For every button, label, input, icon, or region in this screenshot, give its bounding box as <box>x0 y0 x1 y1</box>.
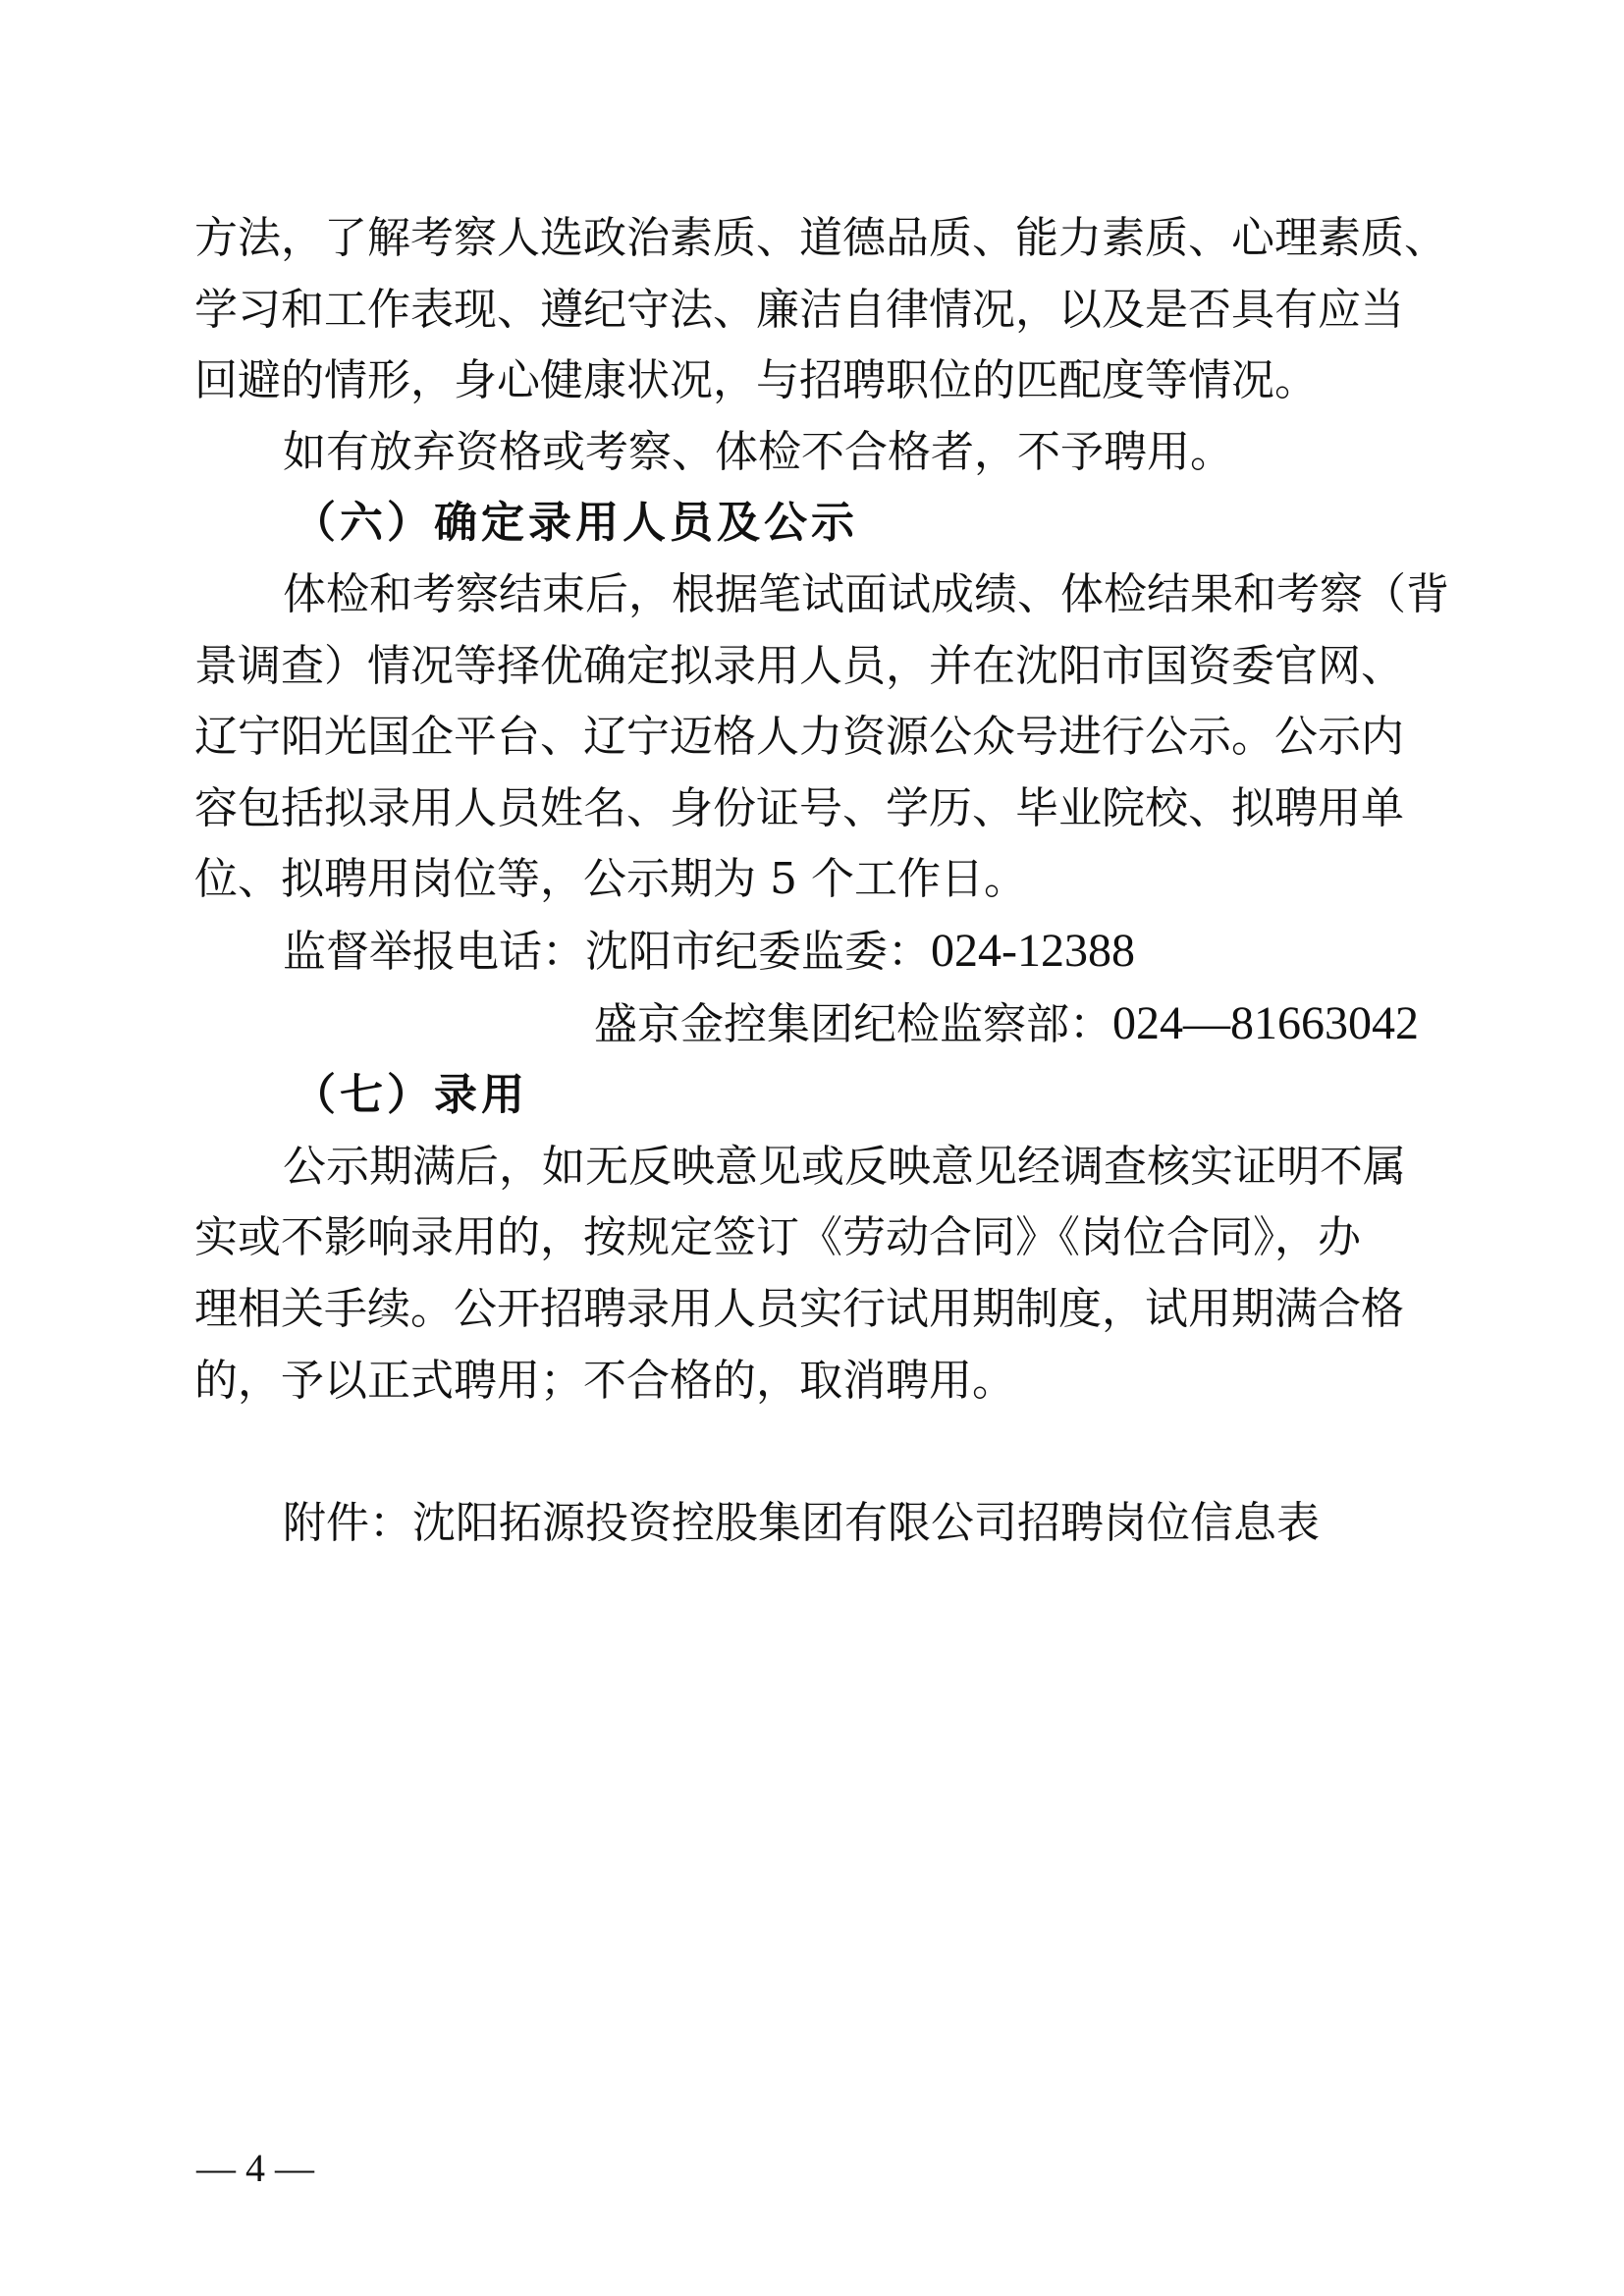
hotline-org: 盛京金控集团纪检监察部： <box>594 999 1112 1049</box>
hotline-org: 沈阳市纪委监委： <box>585 927 931 977</box>
hotline-block: 监督举报电话：沈阳市纪委监委：024-12388 盛京金控集团纪检监察部：024… <box>194 916 1437 1060</box>
hotline-label: 监督举报电话： <box>283 927 585 977</box>
body-line: 理相关手续。公开招聘录用人员实行试用期制度，试用期满合格 <box>194 1274 1437 1346</box>
body-line: 体检和考察结束后，根据笔试面试成绩、体检结果和考察（背 <box>194 560 1437 631</box>
section6-heading: （六）确定录用人员及公示 <box>194 488 1437 560</box>
body-line: 辽宁阳光国企平台、辽宁迈格人力资源公众号进行公示。公示内 <box>194 702 1437 774</box>
disqualification-note: 如有放弃资格或考察、体检不合格者，不予聘用。 <box>194 417 1437 489</box>
hotline-phone: 024—81663042 <box>1112 997 1419 1049</box>
section7-paragraph: 公示期满后，如无反映意见或反映意见经调查核实证明不属 实或不影响录用的，按规定签… <box>194 1132 1437 1416</box>
hotline-phone: 024-12388 <box>931 925 1135 977</box>
body-line: 如有放弃资格或考察、体检不合格者，不予聘用。 <box>194 417 1437 489</box>
section5-continuation: 方法，了解考察人选政治素质、道德品质、能力素质、心理素质、 学习和工作表现、遵纪… <box>194 203 1437 417</box>
body-line: 公示期满后，如无反映意见或反映意见经调查核实证明不属 <box>194 1132 1437 1203</box>
section7-heading: （七）录用 <box>194 1060 1437 1132</box>
attachment-text: 附件：沈阳拓源投资控股集团有限公司招聘岗位信息表 <box>194 1488 1437 1560</box>
section6-paragraph: 体检和考察结束后，根据笔试面试成绩、体检结果和考察（背 景调查）情况等择优确定拟… <box>194 560 1437 916</box>
body-line: 容包括拟录用人员姓名、身份证号、学历、毕业院校、拟聘用单 <box>194 774 1437 845</box>
body-line: 回避的情形，身心健康状况，与招聘职位的匹配度等情况。 <box>194 346 1437 417</box>
page-number: — 4 — <box>196 2145 314 2191</box>
hotline-row-2: 盛京金控集团纪检监察部：024—81663042 <box>194 988 1437 1061</box>
body-line: 景调查）情况等择优确定拟录用人员，并在沈阳市国资委官网、 <box>194 631 1437 703</box>
attachment-line: 附件：沈阳拓源投资控股集团有限公司招聘岗位信息表 <box>194 1488 1437 1560</box>
hotline-row-1: 监督举报电话：沈阳市纪委监委：024-12388 <box>194 916 1437 988</box>
document-body: 方法，了解考察人选政治素质、道德品质、能力素质、心理素质、 学习和工作表现、遵纪… <box>194 203 1437 1559</box>
body-line: 位、拟聘用岗位等，公示期为 5 个工作日。 <box>194 844 1437 916</box>
document-page: 方法，了解考察人选政治素质、道德品质、能力素质、心理素质、 学习和工作表现、遵纪… <box>0 0 1624 2296</box>
body-line: 的，予以正式聘用；不合格的，取消聘用。 <box>194 1346 1437 1417</box>
spacer <box>194 1416 1437 1488</box>
body-line: 方法，了解考察人选政治素质、道德品质、能力素质、心理素质、 <box>194 203 1437 275</box>
body-line: 学习和工作表现、遵纪守法、廉洁自律情况，以及是否具有应当 <box>194 275 1437 347</box>
body-line: 实或不影响录用的，按规定签订《劳动合同》《岗位合同》，办 <box>194 1202 1437 1274</box>
